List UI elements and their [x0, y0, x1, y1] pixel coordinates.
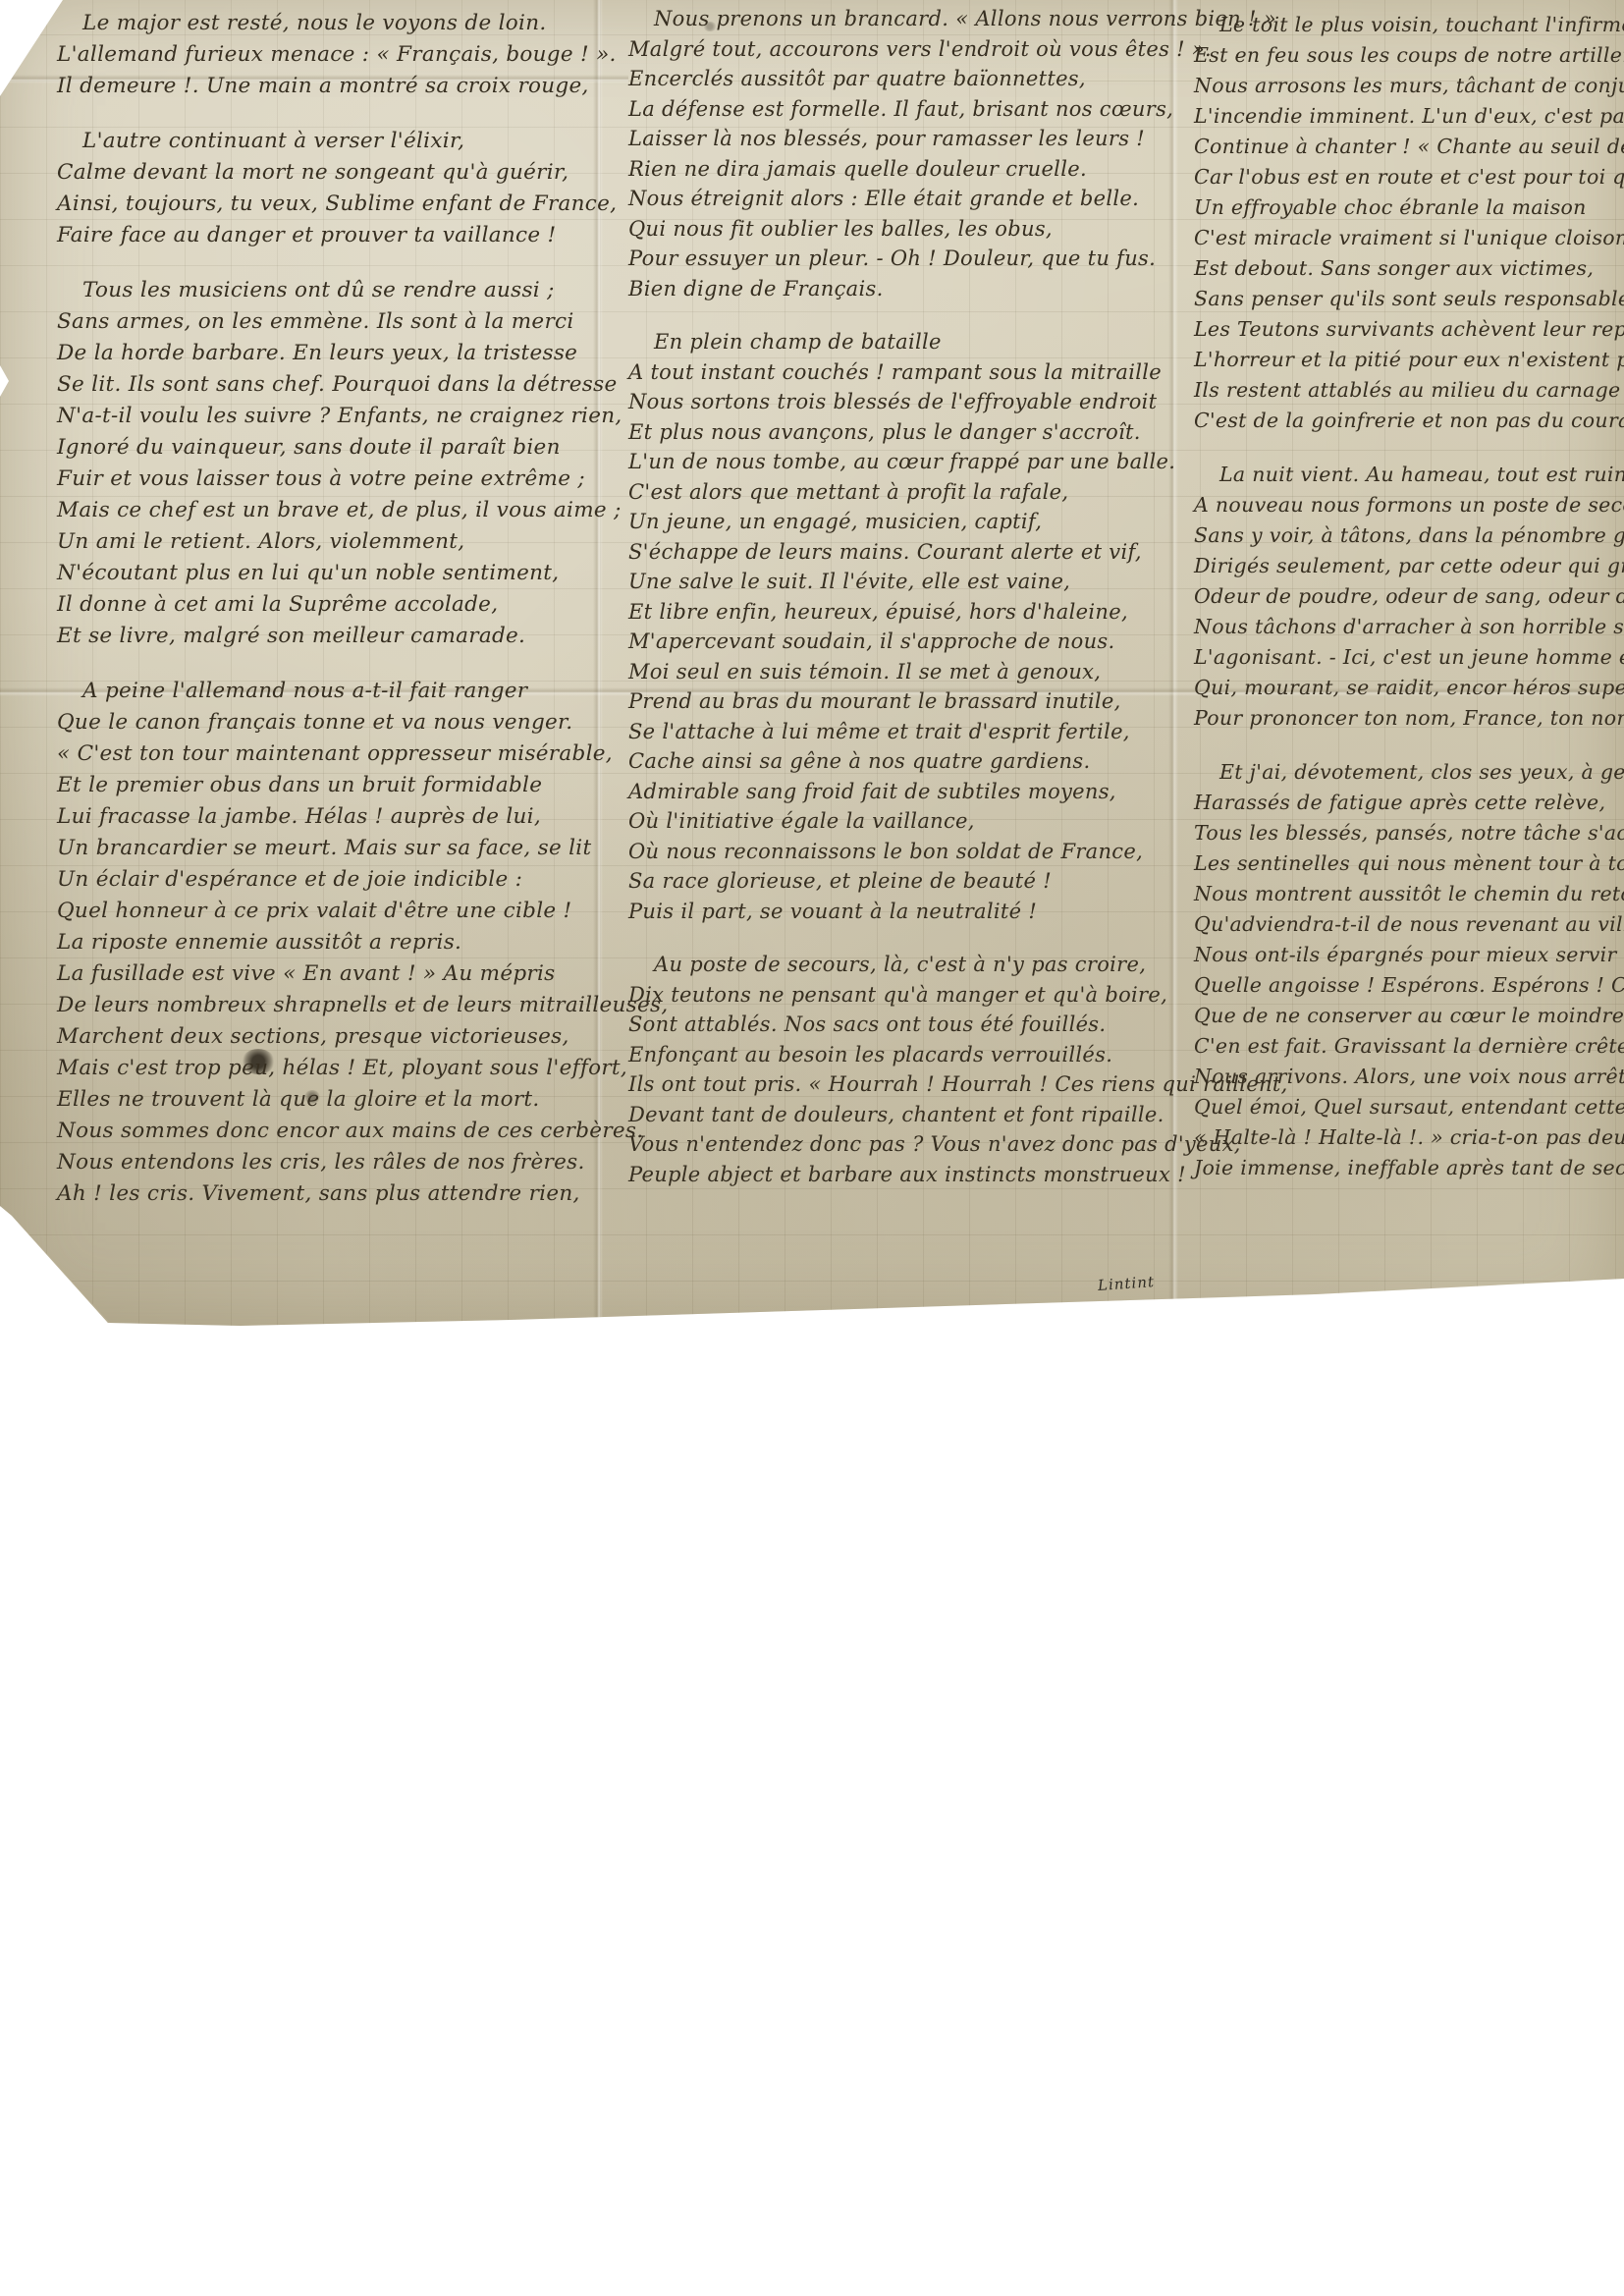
text-line: La nuit vient. Au hameau, tout est ruiné — [1194, 460, 1624, 490]
text-line: La fusillade est vive « En avant ! » Au … — [57, 958, 607, 990]
text-line: Tous les blessés, pansés, notre tâche s'… — [1194, 818, 1624, 848]
text-line: Qui nous fit oublier les balles, les obu… — [628, 214, 1198, 245]
text-line: Bien digne de Français. — [628, 274, 1198, 304]
stanza: L'autre continuant à verser l'élixir,Cal… — [57, 126, 607, 251]
text-line: Cache ainsi sa gêne à nos quatre gardien… — [628, 746, 1198, 777]
text-line: L'autre continuant à verser l'élixir, — [57, 126, 607, 157]
text-line: Que le canon français tonne et va nous v… — [57, 707, 607, 738]
text-line: S'échappe de leurs mains. Courant alerte… — [628, 537, 1198, 568]
text-line: Rien ne dira jamais quelle douleur cruel… — [628, 154, 1198, 185]
text-line: Nous montrent aussitôt le chemin du reto… — [1194, 879, 1624, 909]
text-line: Où nous reconnaissons le bon soldat de F… — [628, 837, 1198, 867]
text-line: La riposte ennemie aussitôt a repris. — [57, 927, 607, 958]
folded-corner-bottom-left — [0, 1203, 128, 1328]
text-line: Devant tant de douleurs, chantent et fon… — [628, 1100, 1198, 1130]
stanza: Nous prenons un brancard. « Allons nous … — [628, 4, 1198, 303]
text-line: Nous tâchons d'arracher à son horrible s… — [1194, 612, 1624, 642]
text-line: Les Teutons survivants achèvent leur rep… — [1194, 314, 1624, 345]
text-line: Joie immense, ineffable après tant de se… — [1194, 1153, 1624, 1183]
text-line: Et se livre, malgré son meilleur camarad… — [57, 621, 607, 652]
text-line: Pour essuyer un pleur. - Oh ! Douleur, q… — [628, 244, 1198, 274]
text-line: Se lit. Ils sont sans chef. Pourquoi dan… — [57, 369, 607, 401]
stanza: Le toit le plus voisin, touchant l'infir… — [1194, 10, 1624, 436]
text-column-middle: Nous prenons un brancard. « Allons nous … — [628, 4, 1198, 1189]
text-line: A peine l'allemand nous a-t-il fait rang… — [57, 676, 607, 707]
text-line: Au poste de secours, là, c'est à n'y pas… — [628, 950, 1198, 980]
text-line: Nous sommes donc encor aux mains de ces … — [57, 1116, 607, 1147]
text-line: « C'est ton tour maintenant oppresseur m… — [57, 738, 607, 770]
text-line: Une salve le suit. Il l'évite, elle est … — [628, 567, 1198, 597]
text-line: L'allemand furieux menace : « Français, … — [57, 39, 607, 71]
text-line: Quelle angoisse ! Espérons. Espérons ! C… — [1194, 970, 1624, 1001]
stanza-heading: En plein champ de bataille — [628, 327, 1198, 357]
text-line: Sans y voir, à tâtons, dans la pénombre … — [1194, 520, 1624, 551]
text-line: Et plus nous avançons, plus le danger s'… — [628, 417, 1198, 448]
text-line: Ainsi, toujours, tu veux, Sublime enfant… — [57, 189, 607, 220]
text-line: Marchent deux sections, presque victorie… — [57, 1021, 607, 1053]
text-line: N'écoutant plus en lui qu'un noble senti… — [57, 558, 607, 589]
text-line: La défense est formelle. Il faut, brisan… — [628, 94, 1198, 125]
text-line: Puis il part, se vouant à la neutralité … — [628, 897, 1198, 927]
text-line: C'est alors que mettant à profit la rafa… — [628, 477, 1198, 508]
text-line: M'apercevant soudain, il s'approche de n… — [628, 627, 1198, 657]
text-line: Quel émoi, Quel sursaut, entendant cette… — [1194, 1092, 1624, 1122]
text-line: Dix teutons ne pensant qu'à manger et qu… — [628, 980, 1198, 1011]
text-line: Le toit le plus voisin, touchant l'infir… — [1194, 10, 1624, 40]
text-line: Admirable sang froid fait de subtiles mo… — [628, 777, 1198, 807]
text-line: Qu'adviendra-t-il de nous revenant au vi… — [1194, 909, 1624, 940]
text-line: Continue à chanter ! « Chante au seuil d… — [1194, 132, 1624, 162]
text-line: Malgré tout, accourons vers l'endroit où… — [628, 34, 1198, 65]
text-line: C'en est fait. Gravissant la dernière cr… — [1194, 1031, 1624, 1062]
text-line: Un effroyable choc ébranle la maison — [1194, 192, 1624, 223]
manuscript-page: Le major est resté, nous le voyons de lo… — [0, 0, 1624, 1328]
text-line: Laisser là nos blessés, pour ramasser le… — [628, 124, 1198, 154]
text-line: Il donne à cet ami la Suprême accolade, — [57, 589, 607, 621]
text-line: C'est de la goinfrerie et non pas du cou… — [1194, 406, 1624, 436]
text-line: Sont attablés. Nos sacs ont tous été fou… — [628, 1010, 1198, 1040]
text-line: L'horreur et la pitié pour eux n'existen… — [1194, 345, 1624, 375]
text-line: Encerclés aussitôt par quatre baïonnette… — [628, 64, 1198, 94]
text-line: L'agonisant. - Ici, c'est un jeune homme… — [1194, 642, 1624, 673]
stanza: Au poste de secours, là, c'est à n'y pas… — [628, 950, 1198, 1189]
text-line: Un brancardier se meurt. Mais sur sa fac… — [57, 833, 607, 864]
stanza: En plein champ de batailleA tout instant… — [628, 327, 1198, 926]
text-line: Sans penser qu'ils sont seuls responsabl… — [1194, 284, 1624, 314]
stanza: Tous les musiciens ont dû se rendre auss… — [57, 275, 607, 652]
text-line: Sa race glorieuse, et pleine de beauté ! — [628, 866, 1198, 897]
text-line: Nous prenons un brancard. « Allons nous … — [628, 4, 1198, 34]
text-line: Nous arrivons. Alors, une voix nous arrê… — [1194, 1062, 1624, 1092]
text-line: Est en feu sous les coups de notre artil… — [1194, 40, 1624, 71]
text-line: Nous sortons trois blessés de l'effroyab… — [628, 387, 1198, 417]
text-line: A nouveau nous formons un poste de secou… — [1194, 490, 1624, 520]
stanza: A peine l'allemand nous a-t-il fait rang… — [57, 676, 607, 1210]
text-line: Ah ! les cris. Vivement, sans plus atten… — [57, 1178, 607, 1210]
text-line: « Halte-là ! Halte-là !. » cria-t-on pas… — [1194, 1122, 1624, 1153]
text-line: Sans armes, on les emmène. Ils sont à la… — [57, 306, 607, 338]
text-line: Que de ne conserver au cœur le moindre e… — [1194, 1001, 1624, 1031]
text-line: Les sentinelles qui nous mènent tour à t… — [1194, 848, 1624, 879]
stanza: La nuit vient. Au hameau, tout est ruiné… — [1194, 460, 1624, 734]
text-column-right: Le toit le plus voisin, touchant l'infir… — [1194, 10, 1624, 1183]
text-line: L'un de nous tombe, au cœur frappé par u… — [628, 447, 1198, 477]
stanza: Le major est resté, nous le voyons de lo… — [57, 8, 607, 102]
text-line: Mais c'est trop peu, hélas ! Et, ployant… — [57, 1053, 607, 1084]
text-line: Nous étreignit alors : Elle était grande… — [628, 184, 1198, 214]
text-line: De leurs nombreux shrapnells et de leurs… — [57, 990, 607, 1021]
text-line: Harassés de fatigue après cette relève, — [1194, 788, 1624, 818]
text-line: Vous n'entendez donc pas ? Vous n'avez d… — [628, 1129, 1198, 1160]
text-line: Il demeure !. Une main a montré sa croix… — [57, 71, 607, 102]
text-line: Quel honneur à ce prix valait d'être une… — [57, 896, 607, 927]
text-line: L'incendie imminent. L'un d'eux, c'est p… — [1194, 101, 1624, 132]
text-line: Fuir et vous laisser tous à votre peine … — [57, 464, 607, 495]
text-line: Est debout. Sans songer aux victimes, — [1194, 253, 1624, 284]
text-line: Dirigés seulement, par cette odeur qui g… — [1194, 551, 1624, 581]
text-line: Car l'obus est en route et c'est pour to… — [1194, 162, 1624, 192]
text-line: Ils restent attablés au milieu du carnag… — [1194, 375, 1624, 406]
text-line: Nous entendons les cris, les râles de no… — [57, 1147, 607, 1178]
text-line: Se l'attache à lui même et trait d'espri… — [628, 717, 1198, 747]
text-line: Elles ne trouvent là que la gloire et la… — [57, 1084, 607, 1116]
text-line: Un éclair d'espérance et de joie indicib… — [57, 864, 607, 896]
text-line: Un ami le retient. Alors, violemment, — [57, 526, 607, 558]
text-line: Prend au bras du mourant le brassard inu… — [628, 686, 1198, 717]
text-line: A tout instant couchés ! rampant sous la… — [628, 357, 1198, 388]
text-line: Où l'initiative égale la vaillance, — [628, 806, 1198, 837]
text-line: Peuple abject et barbare aux instincts m… — [628, 1160, 1198, 1190]
text-line: Moi seul en suis témoin. Il se met à gen… — [628, 657, 1198, 687]
text-line: Qui, mourant, se raidit, encor héros sup… — [1194, 673, 1624, 703]
text-line: N'a-t-il voulu les suivre ? Enfants, ne … — [57, 401, 607, 432]
text-line: Le major est resté, nous le voyons de lo… — [57, 8, 607, 39]
text-line: Ils ont tout pris. « Hourrah ! Hourrah !… — [628, 1069, 1198, 1100]
text-line: Enfonçant au besoin les placards verroui… — [628, 1040, 1198, 1070]
text-line: C'est miracle vraiment si l'unique clois… — [1194, 223, 1624, 253]
text-line: Et le premier obus dans un bruit formida… — [57, 770, 607, 801]
text-line: Un jeune, un engagé, musicien, captif, — [628, 507, 1198, 537]
text-line: Ignoré du vainqueur, sans doute il paraî… — [57, 432, 607, 464]
text-line: Lui fracasse la jambe. Hélas ! auprès de… — [57, 801, 607, 833]
text-line: Et j'ai, dévotement, clos ses yeux, à ge… — [1194, 757, 1624, 788]
signature-scribble: Lintint — [1097, 1273, 1155, 1294]
text-line: Nous ont-ils épargnés pour mieux servir … — [1194, 940, 1624, 970]
text-line: Nous arrosons les murs, tâchant de conju… — [1194, 71, 1624, 101]
text-column-left: Le major est resté, nous le voyons de lo… — [57, 8, 607, 1210]
text-line: Calme devant la mort ne songeant qu'à gu… — [57, 157, 607, 189]
text-line: Pour prononcer ton nom, France, ton nom … — [1194, 703, 1624, 734]
text-line: Et libre enfin, heureux, épuisé, hors d'… — [628, 597, 1198, 628]
text-line: Odeur de poudre, odeur de sang, odeur de… — [1194, 581, 1624, 612]
text-line: De la horde barbare. En leurs yeux, la t… — [57, 338, 607, 369]
text-line: Tous les musiciens ont dû se rendre auss… — [57, 275, 607, 306]
text-line: Faire face au danger et prouver ta vaill… — [57, 220, 607, 251]
stanza: Et j'ai, dévotement, clos ses yeux, à ge… — [1194, 757, 1624, 1183]
text-line: Mais ce chef est un brave et, de plus, i… — [57, 495, 607, 526]
